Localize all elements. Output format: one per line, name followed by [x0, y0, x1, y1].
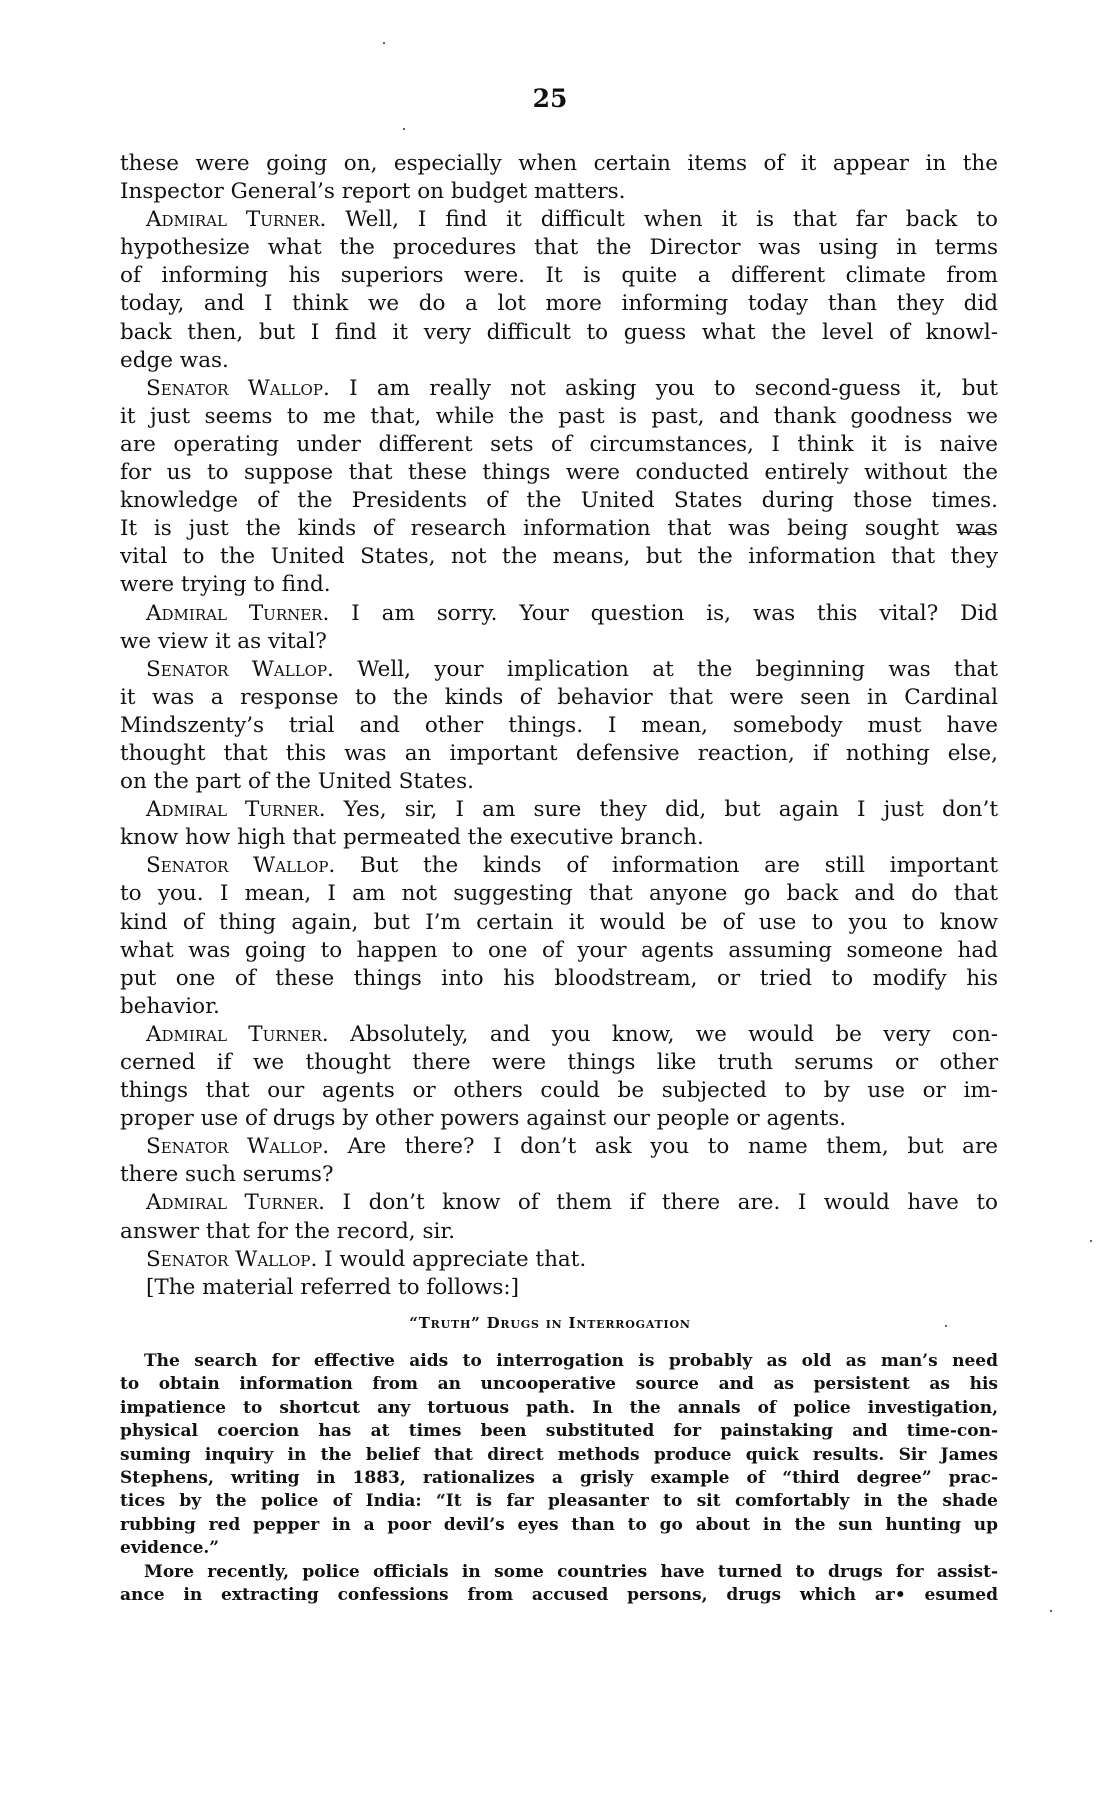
- transcript-line: we view it as vital?: [120, 628, 998, 656]
- line-text: answer that for the record, sir.: [120, 1219, 455, 1244]
- line-text: tices by the police of India: “It is far…: [120, 1491, 998, 1511]
- speaker-name: Senator Wallop.: [146, 853, 335, 878]
- transcript-line: Admiral Turner. Well, I find it difficul…: [120, 206, 998, 234]
- scan-speck: [403, 128, 405, 130]
- transcript-line: for us to suppose that these things were…: [120, 459, 998, 487]
- transcript-line: vital to the United States, not the mean…: [120, 543, 998, 571]
- speaker-name: Admiral Turner.: [146, 1190, 325, 1215]
- line-text: for us to suppose that these things were…: [120, 460, 998, 485]
- appended-text-line: suming inquiry in the belief that direct…: [120, 1444, 998, 1467]
- transcript-line: back then, but I find it very difficult …: [120, 319, 998, 347]
- line-text: to obtain information from an uncooperat…: [120, 1374, 998, 1394]
- line-text: behavior.: [120, 994, 220, 1019]
- line-text: Absolutely, and you know, we would be ve…: [329, 1022, 998, 1047]
- line-text: physical coercion has at times been subs…: [120, 1421, 998, 1441]
- transcript-line: things that our agents or others could b…: [120, 1077, 998, 1105]
- line-text: ance in extracting confessions from accu…: [120, 1585, 998, 1605]
- transcript-line: today, and I think we do a lot more info…: [120, 290, 998, 318]
- scan-underline-mark: [958, 532, 992, 533]
- transcript-line: knowledge of the Presidents of the Unite…: [120, 487, 998, 515]
- appended-text-line: evidence.”: [120, 1537, 998, 1560]
- transcript-line: on the part of the United States.: [120, 768, 998, 796]
- appended-text-line: The search for effective aids to interro…: [120, 1350, 998, 1373]
- line-text: hypothesize what the procedures that the…: [120, 235, 998, 260]
- transcript-line: kind of thing again, but I’m certain it …: [120, 909, 998, 937]
- transcript-line: edge was.: [120, 347, 998, 375]
- line-text: we view it as vital?: [120, 629, 327, 654]
- line-text: on the part of the United States.: [120, 769, 474, 794]
- transcript-line: behavior.: [120, 993, 998, 1021]
- transcript-line: are operating under different sets of ci…: [120, 431, 998, 459]
- line-text: these were going on, especially when cer…: [120, 151, 998, 176]
- line-text: I am really not asking you to second-gue…: [330, 376, 998, 401]
- appended-text-line: rubbing red pepper in a poor devil’s eye…: [120, 1514, 998, 1537]
- scan-speck: [1050, 1610, 1052, 1612]
- line-text: it just seems to me that, while the past…: [120, 404, 998, 429]
- scan-speck: [1090, 1240, 1092, 1242]
- line-text: Are there? I don’t ask you to name them,…: [329, 1134, 998, 1159]
- line-text: vital to the United States, not the mean…: [120, 544, 998, 569]
- line-text: cerned if we thought there were things l…: [120, 1050, 998, 1075]
- speaker-name: Admiral Turner.: [146, 797, 326, 822]
- line-text: it was a response to the kinds of behavi…: [120, 685, 998, 710]
- transcript-line: Admiral Turner. I am sorry. Your questio…: [120, 600, 998, 628]
- appended-text-line: to obtain information from an uncooperat…: [120, 1373, 998, 1396]
- transcript-line: proper use of drugs by other powers agai…: [120, 1105, 998, 1133]
- transcript-line: it just seems to me that, while the past…: [120, 403, 998, 431]
- line-text: Inspector General’s report on budget mat…: [120, 179, 626, 204]
- transcript-line: Senator Wallop. I would appreciate that.: [120, 1246, 998, 1274]
- transcript-line: Admiral Turner. Absolutely, and you know…: [120, 1021, 998, 1049]
- scan-speck: [383, 42, 385, 44]
- transcript-line: It is just the kinds of research informa…: [120, 515, 998, 543]
- line-text: to you. I mean, I am not suggesting that…: [120, 881, 998, 906]
- transcript-line: know how high that permeated the executi…: [120, 824, 998, 852]
- transcript-line: it was a response to the kinds of behavi…: [120, 684, 998, 712]
- line-text: I would appreciate that.: [317, 1247, 586, 1272]
- transcript-line: Senator Wallop. I am really not asking y…: [120, 375, 998, 403]
- appended-text-line: tices by the police of India: “It is far…: [120, 1490, 998, 1513]
- line-text: what was going to happen to one of your …: [120, 938, 998, 963]
- transcript-line: hypothesize what the procedures that the…: [120, 234, 998, 262]
- line-text: know how high that permeated the executi…: [120, 825, 704, 850]
- line-text: rubbing red pepper in a poor devil’s eye…: [120, 1515, 998, 1535]
- transcript-line: of informing his superiors were. It is q…: [120, 262, 998, 290]
- line-text: I am sorry. Your question is, was this v…: [329, 601, 998, 626]
- speaker-name: Admiral Turner.: [146, 207, 326, 232]
- speaker-name: Admiral Turner.: [146, 601, 329, 626]
- transcript-line: Admiral Turner. I don’t know of them if …: [120, 1189, 998, 1217]
- line-text: Well, I find it difficult when it is tha…: [326, 207, 998, 232]
- transcript-line: cerned if we thought there were things l…: [120, 1049, 998, 1077]
- transcript-line: put one of these things into his bloodst…: [120, 965, 998, 993]
- line-text: were trying to find.: [120, 572, 331, 597]
- speaker-name: Senator Wallop.: [146, 376, 330, 401]
- section-heading: “Truth” Drugs in Interrogation: [0, 1314, 1100, 1332]
- transcript-line: Senator Wallop. Are there? I don’t ask y…: [120, 1133, 998, 1161]
- speaker-name: Senator Wallop.: [146, 1134, 329, 1159]
- appended-material-text: The search for effective aids to interro…: [120, 1350, 998, 1607]
- transcript-line: Senator Wallop. But the kinds of informa…: [120, 852, 998, 880]
- line-text: Mindszenty’s trial and other things. I m…: [120, 713, 998, 738]
- line-text: [The material referred to follows:]: [146, 1275, 519, 1300]
- transcript-line: to you. I mean, I am not suggesting that…: [120, 880, 998, 908]
- line-text: evidence.”: [120, 1538, 219, 1558]
- line-text: Yes, sir, I am sure they did, but again …: [326, 797, 998, 822]
- appended-text-line: impatience to shortcut any tortuous path…: [120, 1397, 998, 1420]
- transcript-line: answer that for the record, sir.: [120, 1218, 998, 1246]
- line-text: kind of thing again, but I’m certain it …: [120, 910, 998, 935]
- line-text: put one of these things into his bloodst…: [120, 966, 998, 991]
- speaker-name: Senator Wallop.: [146, 657, 334, 682]
- line-text: thought that this was an important defen…: [120, 741, 998, 766]
- speaker-name: Senator Wallop.: [146, 1247, 317, 1272]
- line-text: suming inquiry in the belief that direct…: [120, 1445, 998, 1465]
- transcript-line: Inspector General’s report on budget mat…: [120, 178, 998, 206]
- line-text: Stephens, writing in 1883, rationalizes …: [120, 1468, 998, 1488]
- line-text: impatience to shortcut any tortuous path…: [120, 1398, 998, 1418]
- transcript-line: these were going on, especially when cer…: [120, 150, 998, 178]
- transcript-line: thought that this was an important defen…: [120, 740, 998, 768]
- appended-text-line: physical coercion has at times been subs…: [120, 1420, 998, 1443]
- hearing-transcript-body: these were going on, especially when cer…: [120, 150, 998, 1302]
- page-number: 25: [0, 84, 1100, 113]
- line-text: Well, your implication at the beginning …: [334, 657, 998, 682]
- line-text: More recently, police officials in some …: [144, 1562, 998, 1582]
- line-text: I don’t know of them if there are. I wou…: [325, 1190, 998, 1215]
- line-text: proper use of drugs by other powers agai…: [120, 1106, 846, 1131]
- line-text: It is just the kinds of research informa…: [120, 516, 998, 541]
- line-text: knowledge of the Presidents of the Unite…: [120, 488, 998, 513]
- line-text: are operating under different sets of ci…: [120, 432, 998, 457]
- transcript-line: what was going to happen to one of your …: [120, 937, 998, 965]
- appended-text-line: More recently, police officials in some …: [120, 1561, 998, 1584]
- transcript-line: [The material referred to follows:]: [120, 1274, 998, 1302]
- speaker-name: Admiral Turner.: [146, 1022, 329, 1047]
- appended-text-line: Stephens, writing in 1883, rationalizes …: [120, 1467, 998, 1490]
- transcript-line: Senator Wallop. Well, your implication a…: [120, 656, 998, 684]
- transcript-line: Mindszenty’s trial and other things. I m…: [120, 712, 998, 740]
- transcript-line: were trying to find.: [120, 571, 998, 599]
- line-text: there such serums?: [120, 1162, 333, 1187]
- line-text: The search for effective aids to interro…: [144, 1351, 998, 1371]
- line-text: back then, but I find it very difficult …: [120, 320, 998, 345]
- line-text: edge was.: [120, 348, 229, 373]
- line-text: today, and I think we do a lot more info…: [120, 291, 998, 316]
- transcript-line: there such serums?: [120, 1161, 998, 1189]
- line-text: of informing his superiors were. It is q…: [120, 263, 998, 288]
- line-text: things that our agents or others could b…: [120, 1078, 998, 1103]
- appended-text-line: ance in extracting confessions from accu…: [120, 1584, 998, 1607]
- line-text: But the kinds of information are still i…: [335, 853, 998, 878]
- transcript-line: Admiral Turner. Yes, sir, I am sure they…: [120, 796, 998, 824]
